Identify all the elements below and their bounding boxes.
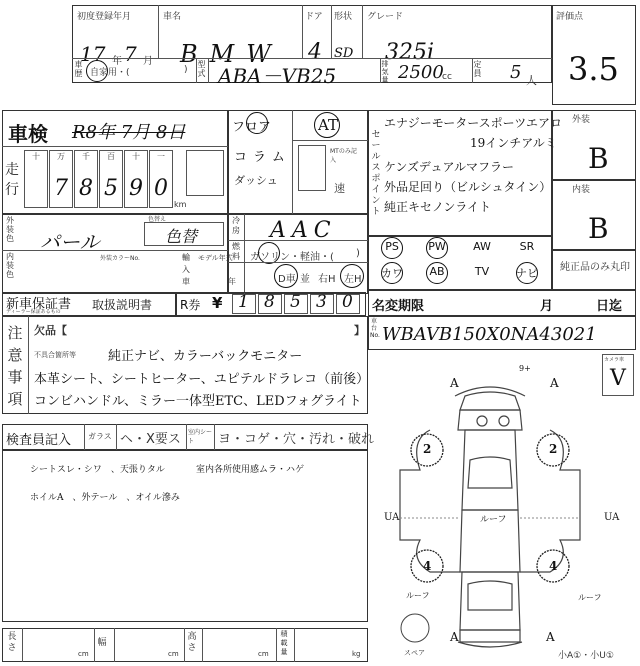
equipment-circle (426, 237, 448, 259)
interior-label: 内装 (572, 182, 590, 195)
score: 3.5 (568, 50, 619, 88)
private-use-circle (86, 60, 108, 82)
mark-rear-right-note: ルーフ (578, 592, 602, 603)
exterior-color-label: 外装色 (4, 216, 16, 243)
equipment-circle (381, 262, 403, 284)
warranty-sub: ディーラー保証あるもの (6, 308, 61, 315)
equipment-circle (426, 262, 448, 284)
recycle-yen: ¥ (212, 294, 222, 312)
mileage-digit: 0 (154, 176, 168, 201)
mark-rear-left: A (450, 630, 459, 644)
inspector-label: 検査員記入 (6, 429, 71, 448)
mileage-unit: km (174, 200, 186, 209)
interior-color-label: 内装色 (4, 252, 16, 279)
recycle-label: R券 (180, 296, 200, 313)
shift-column: コラム (234, 146, 291, 165)
mark-side-right: UA (604, 512, 619, 523)
mileage-extra (186, 150, 224, 196)
interior-grade: B (588, 212, 609, 245)
note-line-2: 本革シート、シートヒーター、ユピテルドラレコ（前後） (34, 368, 369, 387)
model-label: 型式 (197, 60, 206, 78)
shaken-label: 車検 (8, 118, 48, 147)
first-reg-month: 7 (124, 42, 137, 66)
equipment-AW: AW (462, 240, 502, 253)
selling-point-line: エナジーモータースポーツエアロ (384, 114, 562, 131)
dimensions-box (2, 628, 368, 662)
mark-front-left: A (450, 376, 459, 390)
load-label: 積載量 (278, 630, 290, 657)
mileage-digit: 5 (104, 176, 118, 201)
height-label: 高さ (186, 632, 198, 654)
mileage-digit: 9 (129, 176, 143, 201)
import-label: 輸入車 (180, 252, 192, 288)
inspector-line-1: シートスレ・シワ 、天張りタル (30, 462, 165, 475)
mark-front-top: 9+ (519, 364, 531, 373)
missing-label: 欠品【 (34, 322, 67, 338)
genuine-label: 純正品のみ丸印 (560, 258, 630, 273)
seat-options: ヨ・コゲ・穴・汚れ・破れ (218, 428, 374, 447)
color-change-value: 色替 (165, 224, 197, 247)
recycle-digit: 1 (238, 292, 249, 312)
mark-front-right: A (550, 376, 559, 390)
exterior-label: 外装 (572, 112, 590, 125)
mark-wheel-fr: 2 (549, 442, 557, 456)
length-label: 長さ (6, 632, 18, 654)
model: ABA－VB25 (218, 60, 336, 89)
aircon-label: 冷房 (230, 216, 242, 236)
mileage-digit-header: 千 (82, 151, 90, 162)
displacement-label: 排気量 (381, 60, 389, 84)
recycle-digit: 5 (290, 292, 301, 312)
selling-point-line: ケンズデュアルマフラー (384, 158, 514, 175)
mileage-digit: 7 (54, 176, 68, 201)
mileage-digit-header: 百 (107, 151, 115, 162)
shape-label: 形状 (334, 9, 352, 22)
equipment-TV: TV (462, 265, 502, 278)
chassis-number: WBAVB150X0NA43021 (382, 324, 597, 345)
mark-rear-left-note: ルーフ (406, 590, 430, 601)
selling-points-label: セールスポイント (370, 130, 382, 218)
at-circle (314, 112, 340, 138)
notes-label: 注意事項 (6, 322, 24, 410)
defects-label: 不具合箇所等 (34, 350, 76, 360)
name-change-label: 名変期限 (372, 295, 424, 314)
equipment-circle (381, 237, 403, 259)
spare-label: スペア (404, 648, 425, 658)
inspector-line-2: 室内各所使用感ムラ・ハゲ (196, 462, 304, 475)
bottom-note: 小A①・小U① (558, 648, 614, 661)
mark-roof: ルーフ (480, 512, 507, 525)
history-label: 車歴 (74, 60, 83, 78)
lhd-circle (340, 264, 364, 288)
mark-wheel-rr: 4 (549, 559, 557, 573)
recycle-digit: 3 (316, 292, 327, 312)
camera-mark: V (610, 366, 626, 391)
equipment-SR: SR (507, 240, 547, 253)
mark-wheel-fl: 2 (423, 442, 431, 456)
gasoline-circle (258, 242, 280, 264)
mileage-digit-header: 一 (157, 151, 165, 162)
shift-dash: ダッシュ (234, 172, 278, 188)
inspector-line-3: ホイルA 、外テール 、オイル滲み (30, 490, 180, 503)
capacity-label: 定員 (473, 60, 482, 78)
score-label: 評価点 (556, 9, 583, 22)
first-reg-label: 初度登録年月 (77, 9, 131, 22)
mileage-digit-header: 十 (132, 151, 140, 162)
mileage-digit-header: 万 (57, 151, 65, 162)
floor-circle (246, 112, 268, 134)
inspector-notes-box (2, 450, 368, 622)
mileage-digit: 8 (79, 176, 93, 201)
equipment-circle (516, 262, 538, 284)
displacement: 2500 (398, 62, 444, 83)
capacity: 5 (510, 62, 521, 83)
car-diagram (370, 360, 610, 660)
recycle-digit: 0 (342, 292, 353, 312)
doors-label: ドア (305, 9, 323, 22)
mark-rear-right: A (546, 630, 555, 644)
mark-side-left: UA (384, 512, 399, 523)
color-no-label: 外装カラーNo. (100, 253, 140, 262)
grade-label: グレード (367, 9, 403, 22)
seat-label: 室内シート (188, 427, 214, 445)
rhd: 右H (318, 270, 336, 285)
exterior-grade: B (588, 142, 609, 175)
chassis-label: 車台No. (370, 318, 378, 339)
manual-label: 取扱説明書 (92, 296, 152, 313)
mileage-label: 走行 (4, 160, 20, 200)
selling-point-line: 純正キセノンライト (384, 198, 491, 215)
mt-label: MTのみ記入 (330, 146, 360, 164)
mileage-digit-header: 十 (32, 151, 40, 162)
note-line-3: コンビハンドル、ミラー一体型ETC、LEDフォグライト (34, 390, 362, 409)
mark-wheel-rl: 4 (423, 559, 431, 573)
shaken-value: R8年 7月 8日 (72, 118, 185, 144)
glass-label: ガラス (88, 431, 112, 442)
selling-point-line: 19インチアルミ (470, 134, 557, 151)
dealer-circle (274, 264, 298, 288)
recycle-digit: 8 (264, 292, 275, 312)
car-name-label: 車名 (163, 9, 181, 22)
mt-speed: 速 (334, 180, 345, 196)
selling-point-line: 外品足回り（ビルシュタイン） (384, 178, 551, 195)
model-year-label: モデル年式 (198, 253, 233, 263)
width-label: 幅 (96, 638, 108, 649)
note-line-1: 純正ナビ、カラーバックモニター (108, 345, 302, 364)
parallel-import: 並 (300, 270, 310, 285)
glass-options: ヘ・X要ス (120, 428, 181, 447)
color-change-label: 色替え (148, 214, 166, 223)
